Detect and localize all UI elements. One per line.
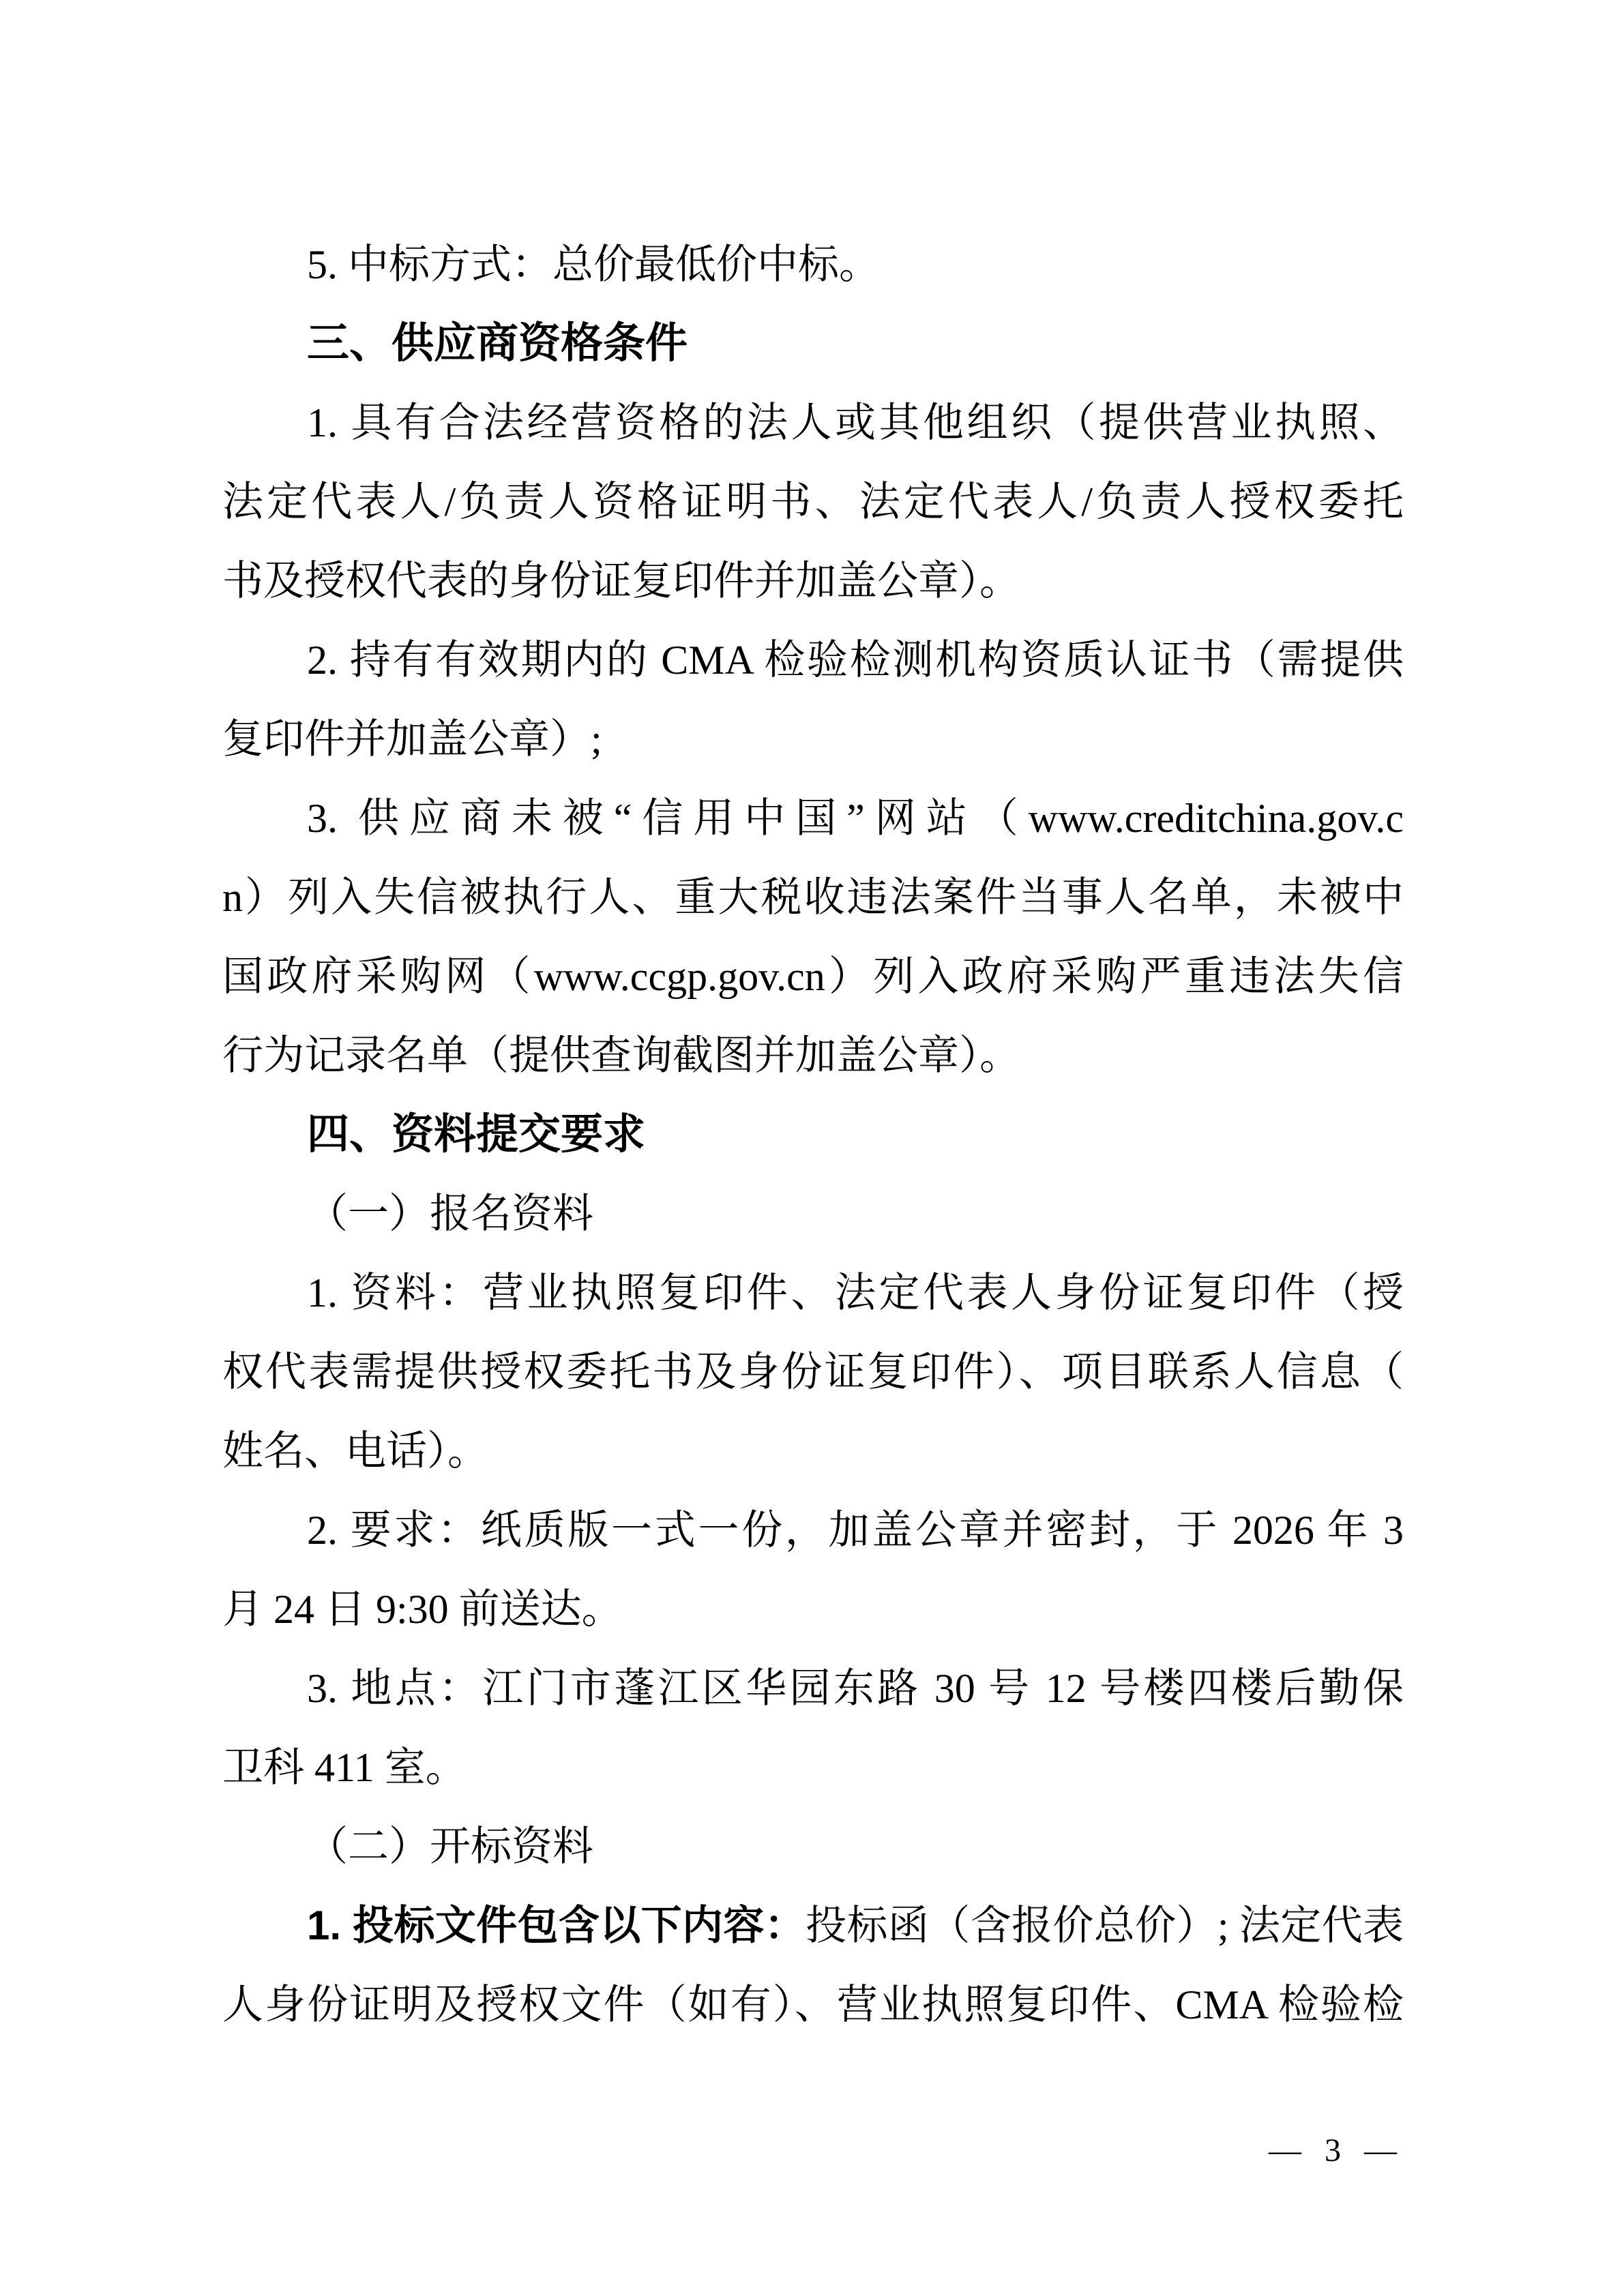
doc-line: 国政府采购网（www.ccgp.gov.cn）列入政府采购严重违法失信 xyxy=(222,937,1404,1016)
section-heading-3: 三、供应商资格条件 xyxy=(222,304,1404,383)
doc-line: 3. 地点：江门市蓬江区华园东路 30 号 12 号楼四楼后勤保 xyxy=(222,1649,1404,1728)
doc-line: 人身份证明及授权文件（如有）、营业执照复印件、CMA 检验检 xyxy=(222,1965,1404,2044)
doc-line: n）列入失信被执行人、重大税收违法案件当事人名单，未被中 xyxy=(222,858,1404,937)
subsection-heading-1: （一）报名资料 xyxy=(222,1174,1404,1253)
doc-line: 卫科 411 室。 xyxy=(222,1728,1404,1807)
bold-run: 1. 投标文件包含以下内容： xyxy=(307,1903,806,1948)
doc-line: 3. 供应商未被“信用中国”网站（www.creditchina.gov.c xyxy=(222,779,1404,858)
doc-line: 法定代表人/负责人资格证明书、法定代表人/负责人授权委托 xyxy=(222,462,1404,541)
document-page: 5. 中标方式：总价最低价中标。 三、供应商资格条件 1. 具有合法经营资格的法… xyxy=(0,0,1624,2296)
doc-line: 复印件并加盖公章）; xyxy=(222,700,1404,779)
doc-line: 1. 具有合法经营资格的法人或其他组织（提供营业执照、 xyxy=(222,383,1404,462)
doc-line: 姓名、电话）。 xyxy=(222,1412,1404,1491)
doc-line: 月 24 日 9:30 前送达。 xyxy=(222,1570,1404,1649)
section-heading-4: 四、资料提交要求 xyxy=(222,1095,1404,1174)
doc-line: 5. 中标方式：总价最低价中标。 xyxy=(222,225,1404,304)
doc-line: 行为记录名单（提供查询截图并加盖公章）。 xyxy=(222,1016,1404,1095)
doc-line: 权代表需提供授权委托书及身份证复印件）、项目联系人信息（ xyxy=(222,1332,1404,1412)
doc-line: 2. 要求：纸质版一式一份，加盖公章并密封，于 2026 年 3 xyxy=(222,1491,1404,1570)
doc-line: 2. 持有有效期内的 CMA 检验检测机构资质认证书（需提供 xyxy=(222,621,1404,700)
doc-line: 1. 投标文件包含以下内容：投标函（含报价总价）; 法定代表 xyxy=(222,1886,1404,1965)
text-run: 投标函（含报价总价）; 法定代表 xyxy=(806,1903,1404,1948)
document-body: 5. 中标方式：总价最低价中标。 三、供应商资格条件 1. 具有合法经营资格的法… xyxy=(222,225,1404,2044)
subsection-heading-2: （二）开标资料 xyxy=(222,1807,1404,1886)
doc-line: 1. 资料：营业执照复印件、法定代表人身份证复印件（授 xyxy=(222,1253,1404,1332)
doc-line: 书及授权代表的身份证复印件并加盖公章）。 xyxy=(222,541,1404,621)
page-number: — 3 — xyxy=(1269,2132,1397,2170)
